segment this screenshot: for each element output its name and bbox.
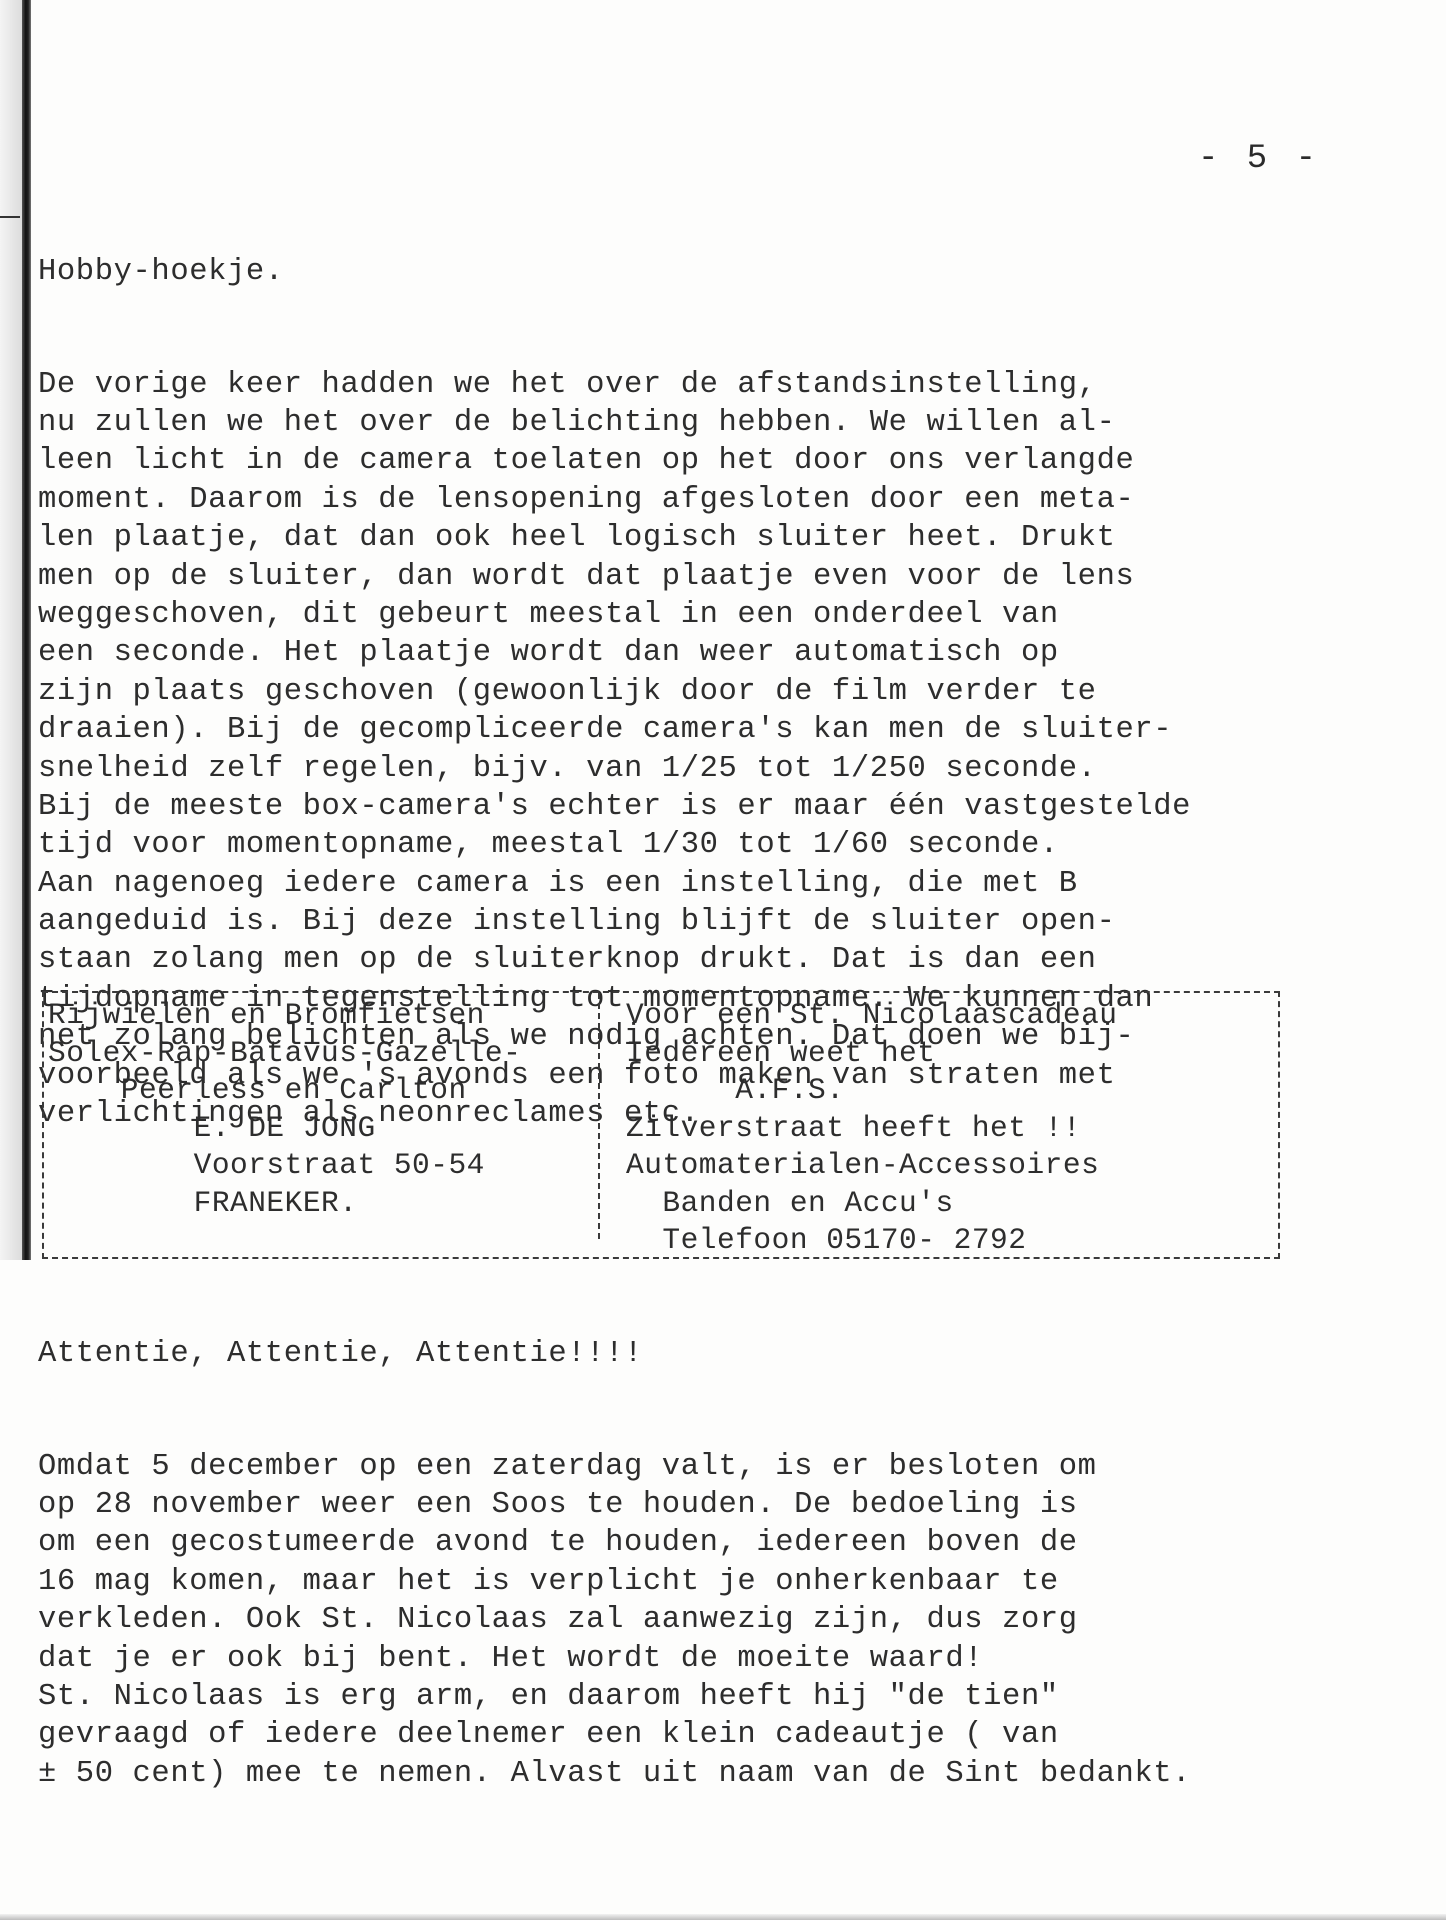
notice-line: ± 50 cent) mee te nemen. Alvast uit naam…: [38, 1755, 1191, 1793]
article-line: De vorige keer hadden we het over de afs…: [38, 366, 1191, 404]
article-line: tijd voor momentopname, meestal 1/30 tot…: [38, 826, 1191, 864]
advertisement-bicycle-shop: Rijwielen en BromfietsenSolex-Rap-Batavu…: [48, 997, 521, 1222]
article-title: Hobby-hoekje.: [38, 253, 1191, 289]
article-line: snelheid zelf regelen, bijv. van 1/25 to…: [38, 750, 1191, 788]
notice-line: gevraagd of iedere deelnemer een klein c…: [38, 1716, 1191, 1754]
notice-line: dat je er ook bij bent. Het wordt de moe…: [38, 1640, 1191, 1678]
article-line: weggeschoven, dit gebeurt meestal in een…: [38, 596, 1191, 634]
article-line: een seconde. Het plaatje wordt dan weer …: [38, 634, 1191, 672]
article-line: Aan nagenoeg iedere camera is een instel…: [38, 865, 1191, 903]
soos-notice: Attentie, Attentie, Attentie!!!! Omdat 5…: [38, 1258, 1191, 1870]
ad-line: E. DE JONG: [48, 1110, 521, 1148]
ad-line: Voorstraat 50-54: [48, 1147, 521, 1185]
ad-line: Iedereen weet het: [626, 1035, 1117, 1073]
notice-line: om een gecostumeerde avond te houden, ie…: [38, 1524, 1191, 1562]
article-line: len plaatje, dat dan ook heel logisch sl…: [38, 519, 1191, 557]
article-line: men op de sluiter, dan wordt dat plaatje…: [38, 558, 1191, 596]
article-line: staan zolang men op de sluiterknop drukt…: [38, 941, 1191, 979]
article-line: zijn plaats geschoven (gewoonlijk door d…: [38, 673, 1191, 711]
article-line: leen licht in de camera toelaten op het …: [38, 442, 1191, 480]
binding-shadow: [0, 0, 22, 1260]
notice-title: Attentie, Attentie, Attentie!!!!: [38, 1335, 1191, 1371]
notice-body: Omdat 5 december op een zaterdag valt, i…: [38, 1448, 1191, 1794]
advertisement-afs: Voor een St. NicolaascadeauIedereen weet…: [626, 997, 1117, 1260]
notice-line: St. Nicolaas is erg arm, en daarom heeft…: [38, 1678, 1191, 1716]
ad-line: FRANEKER.: [48, 1185, 521, 1223]
notice-line: Omdat 5 december op een zaterdag valt, i…: [38, 1448, 1191, 1486]
ad-line: Solex-Rap-Batavus-Gazelle-: [48, 1035, 521, 1073]
advertisement-box: Rijwielen en BromfietsenSolex-Rap-Batavu…: [42, 991, 1280, 1259]
ad-line: Voor een St. Nicolaascadeau: [626, 997, 1117, 1035]
notice-line: verkleden. Ook St. Nicolaas zal aanwezig…: [38, 1601, 1191, 1639]
ad-line: Telefoon 05170- 2792: [626, 1222, 1117, 1260]
notice-line: 16 mag komen, maar het is verplicht je o…: [38, 1563, 1191, 1601]
binding-edge: [22, 0, 31, 1260]
article-line: Bij de meeste box-camera's echter is er …: [38, 788, 1191, 826]
page-bottom-edge: [0, 1914, 1446, 1920]
ad-line: A.F.S.: [626, 1072, 1117, 1110]
ad-line: Peerless en Carlton: [48, 1072, 521, 1110]
ad-line: Zilverstraat heeft het !!: [626, 1110, 1117, 1148]
ad-line: Rijwielen en Bromfietsen: [48, 997, 521, 1035]
page-number: - 5 -: [1198, 140, 1320, 178]
article-line: aangeduid is. Bij deze instelling blijft…: [38, 903, 1191, 941]
ad-line: Automaterialen-Accessoires: [626, 1147, 1117, 1185]
notice-line: op 28 november weer een Soos te houden. …: [38, 1486, 1191, 1524]
article-line: nu zullen we het over de belichting hebb…: [38, 404, 1191, 442]
margin-mark: [0, 216, 20, 218]
article-line: draaien). Bij de gecompliceerde camera's…: [38, 711, 1191, 749]
article-line: moment. Daarom is de lensopening afgeslo…: [38, 481, 1191, 519]
typewritten-page: - 5 - Hobby-hoekje. De vorige keer hadde…: [0, 0, 1446, 1920]
ad-line: Banden en Accu's: [626, 1185, 1117, 1223]
advertisement-divider: [598, 993, 600, 1239]
